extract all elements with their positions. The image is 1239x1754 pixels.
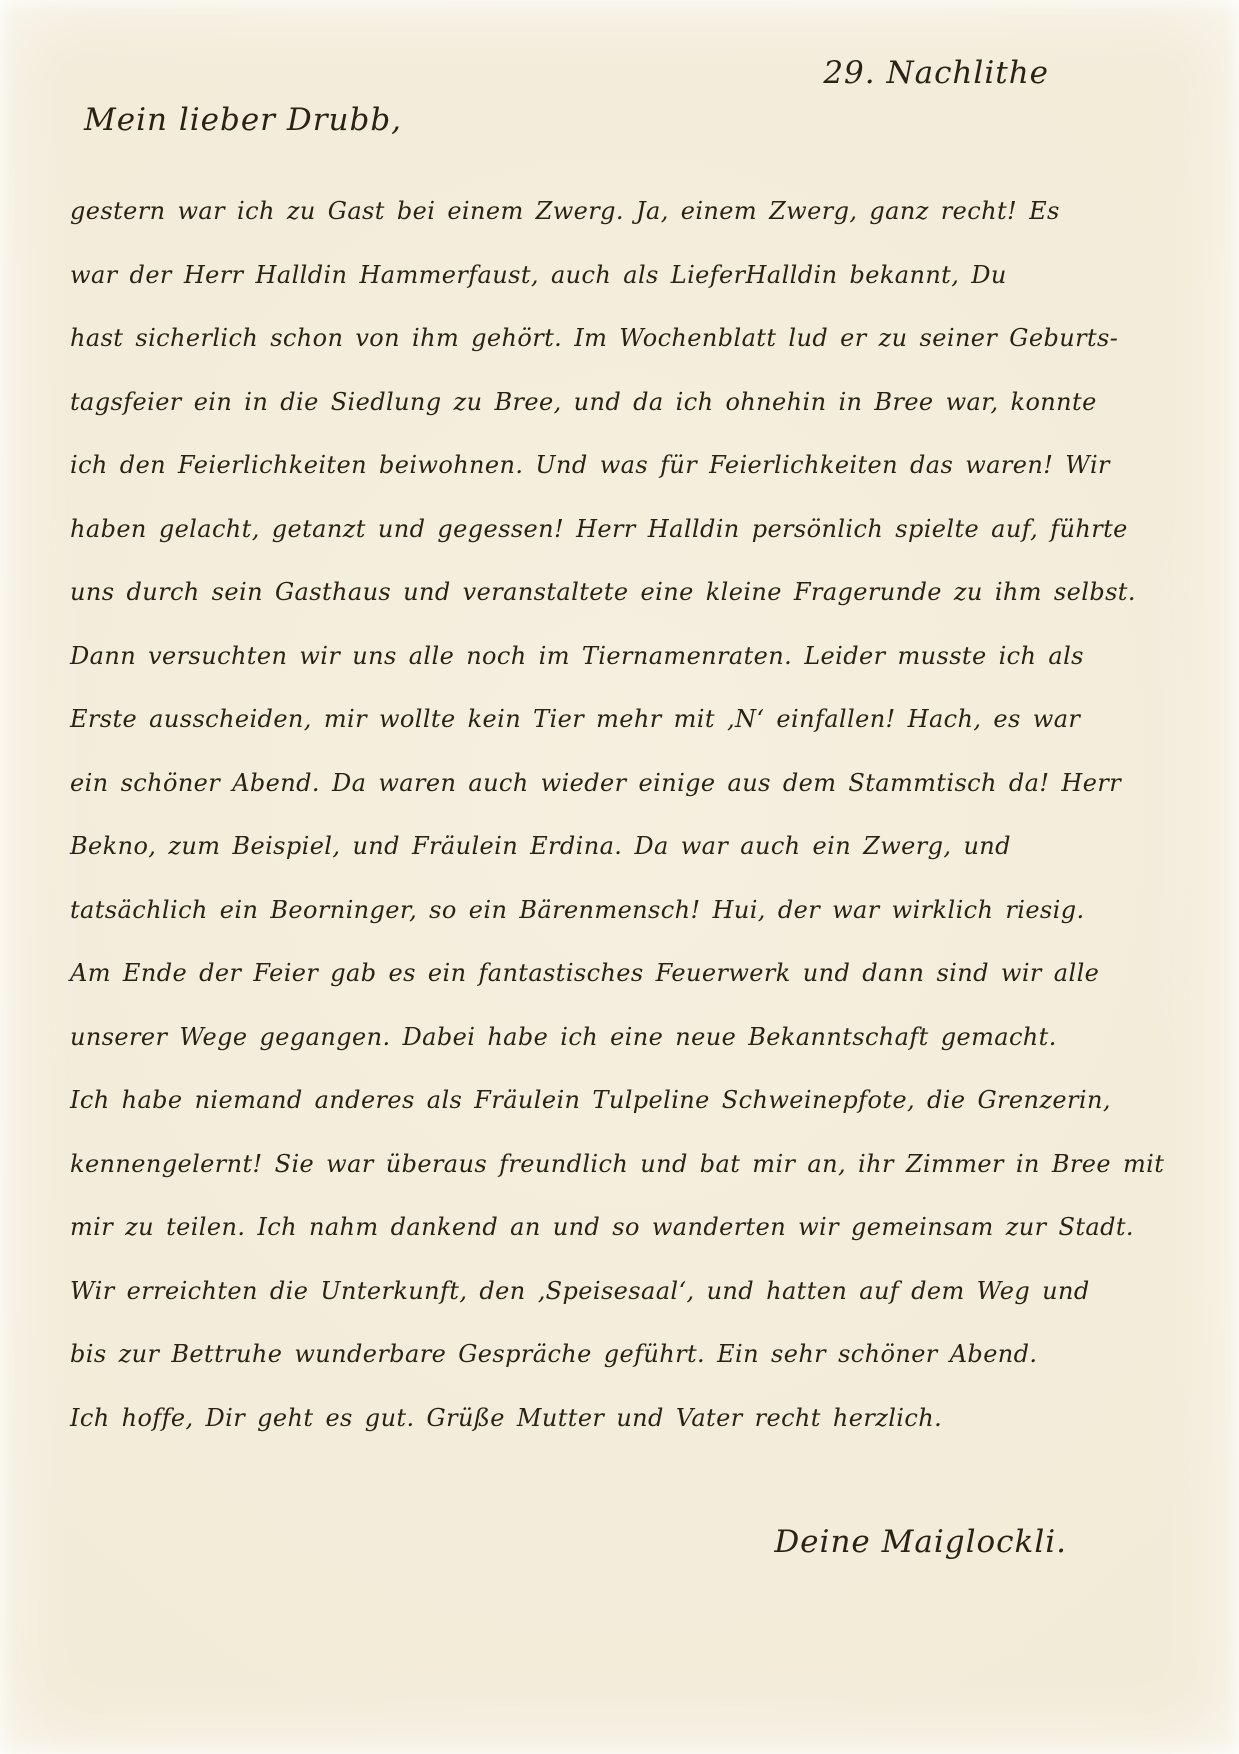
letter-body: gestern war ich zu Gast bei einem Zwerg.… bbox=[70, 180, 1070, 1450]
body-line: Am Ende der Feier gab es ein fantastisch… bbox=[70, 942, 1070, 1006]
body-line: Ich habe niemand anderes als Fräulein Tu… bbox=[70, 1069, 1070, 1133]
body-line: Dann versuchten wir uns alle noch im Tie… bbox=[70, 625, 1070, 689]
body-line: Erste ausscheiden, mir wollte kein Tier … bbox=[70, 688, 1070, 752]
body-line: unserer Wege gegangen. Dabei habe ich ei… bbox=[70, 1006, 1070, 1070]
body-line: hast sicherlich schon von ihm gehört. Im… bbox=[70, 307, 1070, 371]
letter-date: 29. Nachlithe bbox=[823, 55, 1049, 91]
letter-salutation: Mein lieber Drubb, bbox=[84, 102, 402, 138]
body-line: war der Herr Halldin Hammerfaust, auch a… bbox=[70, 244, 1070, 308]
body-line: tagsfeier ein in die Siedlung zu Bree, u… bbox=[70, 371, 1070, 435]
body-line: Ich hoffe, Dir geht es gut. Grüße Mutter… bbox=[70, 1387, 1070, 1451]
body-line: Bekno, zum Beispiel, und Fräulein Erdina… bbox=[70, 815, 1070, 879]
body-line: Wir erreichten die Unterkunft, den ‚Spei… bbox=[70, 1260, 1070, 1324]
body-line: tatsächlich ein Beorninger, so ein Bären… bbox=[70, 879, 1070, 943]
letter-page: 29. Nachlithe Mein lieber Drubb, gestern… bbox=[0, 0, 1239, 1754]
body-line: ich den Feierlichkeiten beiwohnen. Und w… bbox=[70, 434, 1070, 498]
body-line: mir zu teilen. Ich nahm dankend an und s… bbox=[70, 1196, 1070, 1260]
body-line: ein schöner Abend. Da waren auch wieder … bbox=[70, 752, 1070, 816]
body-line: bis zur Bettruhe wunderbare Gespräche ge… bbox=[70, 1323, 1070, 1387]
letter-closing: Deine Maiglockli. bbox=[774, 1524, 1067, 1560]
body-line: kennengelernt! Sie war überaus freundlic… bbox=[70, 1133, 1070, 1197]
body-line: haben gelacht, getanzt und gegessen! Her… bbox=[70, 498, 1070, 562]
body-line: gestern war ich zu Gast bei einem Zwerg.… bbox=[70, 180, 1070, 244]
body-line: uns durch sein Gasthaus und veranstaltet… bbox=[70, 561, 1070, 625]
